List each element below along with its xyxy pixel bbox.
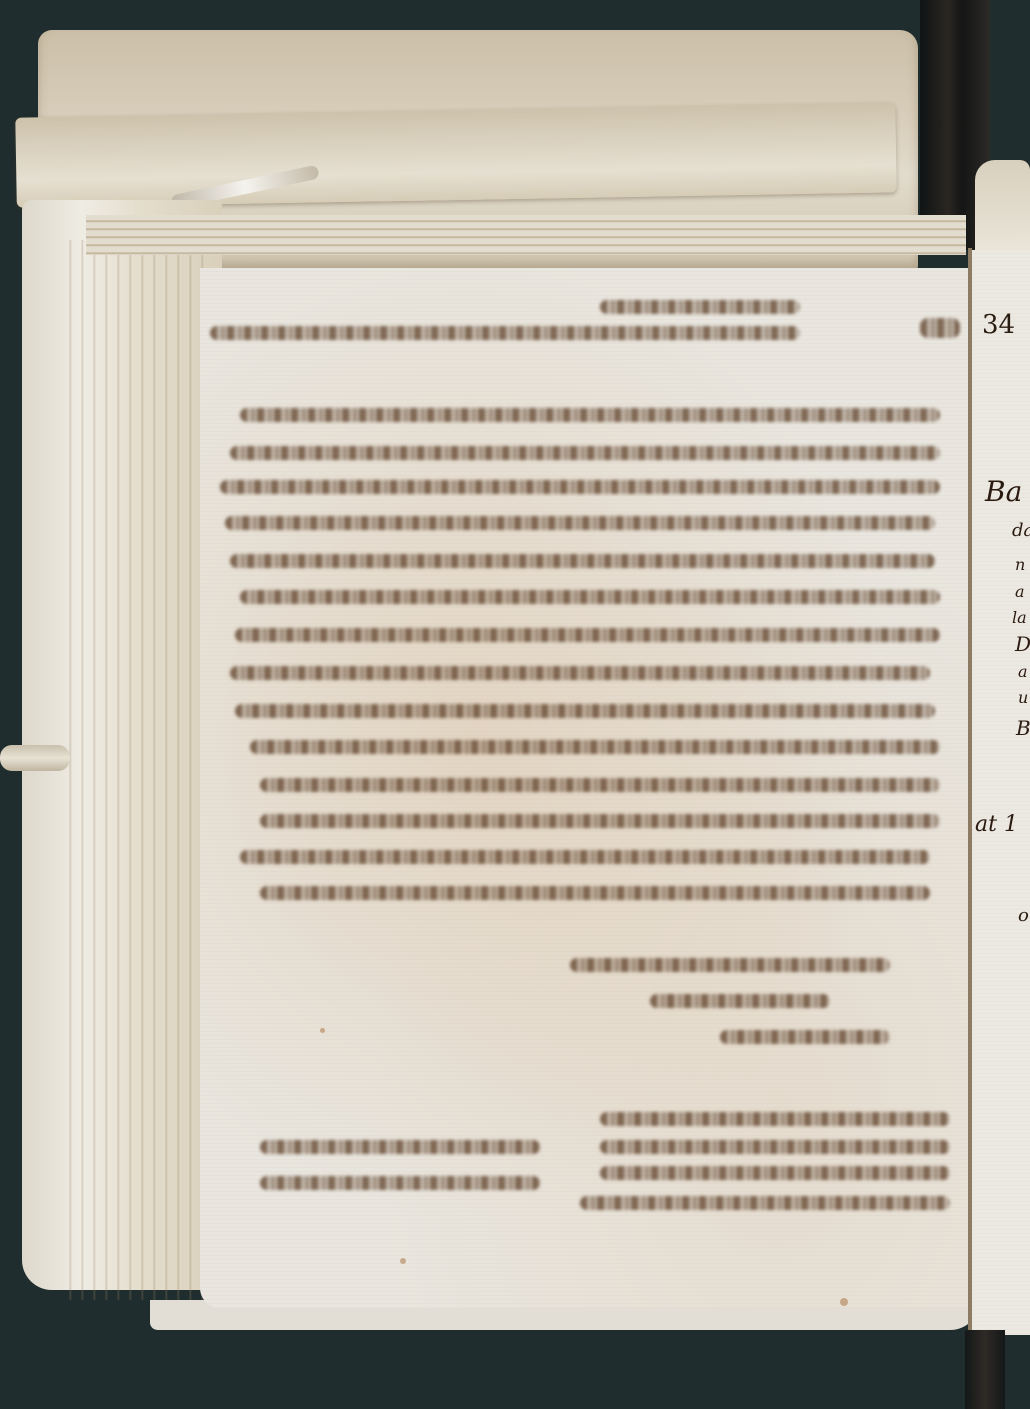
mirrored-text-line — [225, 516, 935, 530]
mirrored-text-line — [235, 628, 940, 642]
stacked-page-edges — [86, 215, 966, 255]
mirrored-text-line — [235, 704, 935, 718]
margin-glyph: D — [1015, 632, 1030, 656]
margin-glyph: at 1 — [975, 812, 1018, 837]
mirrored-text-line — [220, 480, 940, 494]
margin-glyph: la — [1012, 608, 1027, 627]
main-page — [200, 268, 970, 1308]
mirrored-footer-left-line — [260, 1176, 540, 1190]
book-binding-bottom — [965, 1330, 1005, 1409]
margin-glyph: o — [1018, 905, 1029, 926]
margin-glyph: da — [1012, 520, 1030, 541]
mirrored-footer-right-line — [600, 1112, 950, 1126]
mirrored-text-line — [260, 814, 940, 828]
page-edges — [60, 240, 210, 1300]
mirrored-footer-right-line — [600, 1140, 950, 1154]
foxing-stain — [400, 1258, 406, 1264]
margin-glyph: u — [1018, 688, 1028, 707]
margin-glyph: a — [1015, 582, 1025, 601]
mirrored-footer-left-line — [260, 1140, 540, 1154]
mirrored-text-line — [230, 666, 930, 680]
margin-glyph: n — [1015, 555, 1025, 574]
mirrored-signature-line — [720, 1030, 890, 1044]
mirrored-page-number — [920, 318, 960, 338]
margin-glyph: Ba — [985, 475, 1022, 508]
mirrored-text-line — [240, 590, 940, 604]
foxing-stain — [840, 1298, 848, 1306]
margin-glyph: a — [1018, 662, 1028, 681]
mirrored-footer-right-line — [600, 1166, 950, 1180]
margin-glyph: B — [1016, 716, 1030, 740]
mirrored-signature-line — [570, 958, 890, 972]
mirrored-text-line — [250, 740, 940, 754]
right-page-torn-edge — [975, 160, 1030, 260]
mirrored-text-line — [230, 554, 935, 568]
mirrored-signature-line — [650, 994, 830, 1008]
mirrored-text-line — [260, 778, 940, 792]
mirrored-text-line — [260, 886, 930, 900]
mirrored-text-line — [240, 408, 940, 422]
mirrored-heading-line-2 — [600, 300, 800, 314]
crumpled-fold — [15, 102, 896, 207]
binding-string — [0, 745, 70, 771]
mirrored-text-line — [240, 850, 930, 864]
right-page — [972, 250, 1030, 1335]
mirrored-footer-right-line — [580, 1196, 950, 1210]
foxing-stain — [320, 1028, 325, 1033]
mirrored-text-line — [230, 446, 940, 460]
mirrored-heading-line-1 — [210, 326, 800, 340]
right-page-number: 34 — [982, 310, 1015, 340]
